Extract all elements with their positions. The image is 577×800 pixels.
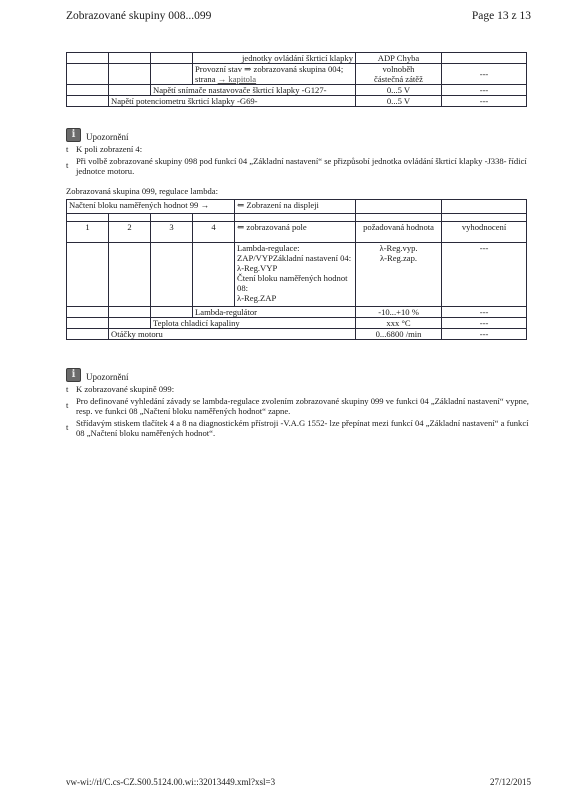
note-block-1: iUpozornění t K poli zobrazení 4: t Při … (66, 128, 531, 176)
table-row: Teplota chladicí kapaliny xxx °C --- (67, 318, 527, 329)
page-header: Zobrazované skupiny 008...099 Page 13 z … (66, 10, 531, 22)
field-eval: --- (442, 329, 527, 340)
field-value: 0...6800 /min (356, 329, 442, 340)
field-eval: --- (442, 318, 527, 329)
table-header-row: Načtení bloku naměřených hodnot 99 → ⇐ Z… (67, 200, 527, 214)
info-icon: i (66, 128, 81, 142)
field-value: volnoběh částečná zátěž (356, 64, 442, 85)
table-row: Otáčky motoru 0...6800 /min --- (67, 329, 527, 340)
field-eval (442, 53, 527, 64)
table-row: Lambda-regulace: ZAP/VYPZákladní nastave… (67, 243, 527, 307)
spacer-row (67, 214, 527, 222)
field-label: Teplota chladicí kapaliny (151, 318, 356, 329)
field-eval: --- (442, 85, 527, 96)
measurement-table-continued: jednotky ovládání škrticí klapky ADP Chy… (66, 52, 527, 107)
chapter-link[interactable]: → kapitola (218, 74, 256, 84)
column-header: 1 (67, 222, 109, 243)
table-row: jednotky ovládání škrticí klapky ADP Chy… (67, 53, 527, 64)
block-read-header: Načtení bloku naměřených hodnot 99 → (67, 200, 235, 214)
column-header: požadovaná hodnota (356, 222, 442, 243)
field-label: Provozní stav ⇒ zobrazovaná skupina 004;… (193, 64, 356, 85)
section-label: Zobrazovaná skupina 099, regulace lambda… (66, 186, 218, 196)
page-footer: vw-wi://rl/C.cs-CZ.S00.5124.00.wi::32013… (66, 777, 531, 787)
column-header: ⇐ zobrazovaná pole (235, 222, 356, 243)
note-title: Upozornění (86, 132, 129, 142)
field-value: λ-Reg.vyp. λ-Reg.zap. (356, 243, 442, 307)
page-number: Page 13 z 13 (472, 10, 531, 22)
field-eval: --- (442, 243, 527, 307)
field-value: -10...+10 % (356, 307, 442, 318)
note-block-2: iUpozornění t K zobrazované skupině 099:… (66, 368, 531, 438)
column-header: 4 (193, 222, 235, 243)
field-value: ADP Chyba (356, 53, 442, 64)
field-label: Lambda-regulátor (193, 307, 356, 318)
info-icon: i (66, 368, 81, 382)
note-title: Upozornění (86, 372, 129, 382)
field-label: Napětí potenciometru škrticí klapky -G69… (109, 96, 356, 107)
column-header: 2 (109, 222, 151, 243)
note-bullet: t Při volbě zobrazované skupiny 098 pod … (66, 156, 531, 176)
note-bullet: t Střídavým stiskem tlačítek 4 a 8 na di… (66, 418, 531, 438)
note-bullet: t K poli zobrazení 4: (66, 144, 531, 154)
column-header-row: 1 2 3 4 ⇐ zobrazovaná pole požadovaná ho… (67, 222, 527, 243)
field-eval: --- (442, 64, 527, 85)
document-title: Zobrazované skupiny 008...099 (66, 10, 211, 22)
field-value: xxx °C (356, 318, 442, 329)
table-row: Napětí snímače nastavovače škrticí klapk… (67, 85, 527, 96)
table-row: Napětí potenciometru škrticí klapky -G69… (67, 96, 527, 107)
field-label: Otáčky motoru (109, 329, 356, 340)
field-eval: --- (442, 307, 527, 318)
field-label: Napětí snímače nastavovače škrticí klapk… (151, 85, 356, 96)
field-eval: --- (442, 96, 527, 107)
note-bullet: t K zobrazované skupině 099: (66, 384, 531, 394)
lambda-regulation-cell: Lambda-regulace: ZAP/VYPZákladní nastave… (235, 243, 356, 307)
column-header: vyhodnocení (442, 222, 527, 243)
table-row: Provozní stav ⇒ zobrazovaná skupina 004;… (67, 64, 527, 85)
field-value: 0...5 V (356, 85, 442, 96)
field-label: jednotky ovládání škrticí klapky (193, 53, 356, 64)
note-bullet: t Pro definované vyhledání závady se lam… (66, 396, 531, 416)
table-row: Lambda-regulátor -10...+10 % --- (67, 307, 527, 318)
print-date: 27/12/2015 (490, 777, 531, 787)
display-header: ⇐ Zobrazení na displeji (235, 200, 356, 214)
document-url: vw-wi://rl/C.cs-CZ.S00.5124.00.wi::32013… (66, 777, 275, 787)
column-header: 3 (151, 222, 193, 243)
field-value: 0...5 V (356, 96, 442, 107)
group-099-table: Načtení bloku naměřených hodnot 99 → ⇐ Z… (66, 199, 527, 340)
